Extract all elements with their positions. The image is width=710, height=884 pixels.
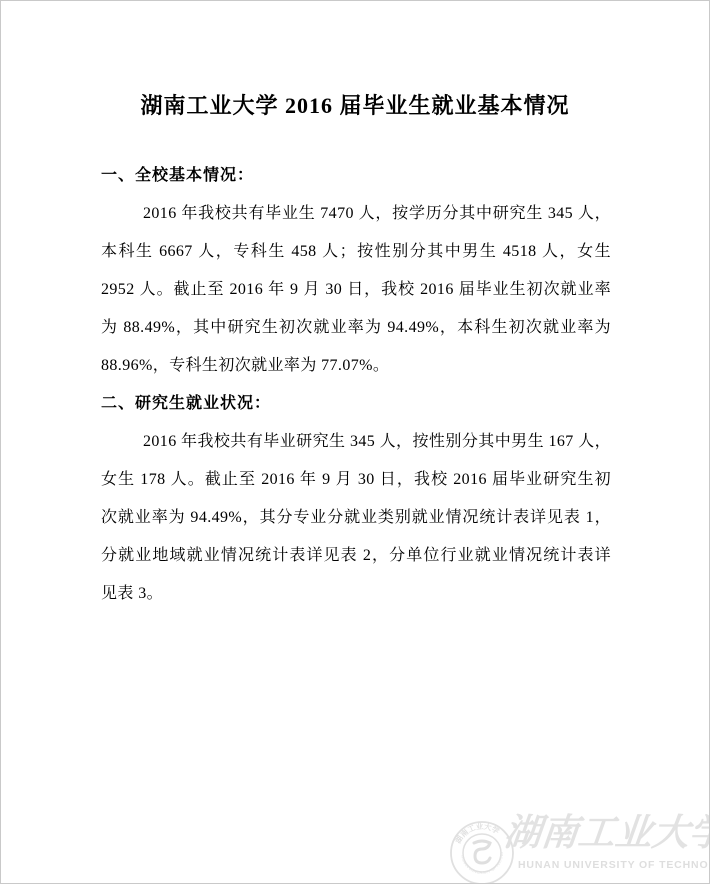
- document-title: 湖南工业大学 2016 届毕业生就业基本情况: [1, 91, 709, 121]
- document-body: 一、全校基本情况： 2016 年我校共有毕业生 7470 人，按学历分其中研究生…: [101, 157, 611, 613]
- paragraph-line: 2016 年我校共有毕业生 7470 人，按学历分其中研究生 345 人，: [101, 195, 611, 233]
- university-name-calligraphy: 湖南工业大学: [501, 809, 710, 859]
- section-1-heading: 一、全校基本情况：: [101, 157, 611, 195]
- section-2-heading: 二、研究生就业状况：: [101, 385, 611, 423]
- document-page: 湖南工业大学 2016 届毕业生就业基本情况 一、全校基本情况： 2016 年我…: [0, 0, 710, 884]
- university-name-english: HUNAN UNIVERSITY OF TECHNOLOGY: [518, 859, 710, 871]
- paragraph-line: 2016 年我校共有毕业研究生 345 人，按性别分其中男生 167 人，: [101, 423, 611, 461]
- paragraph-line: 分就业地域就业情况统计表详见表 2，分单位行业就业情况统计表详: [101, 537, 611, 575]
- paragraph-line: 本科生 6667 人，专科生 458 人；按性别分其中男生 4518 人，女生: [101, 233, 611, 271]
- paragraph-line: 88.96%，专科生初次就业率为 77.07%。: [101, 347, 611, 385]
- paragraph-line: 见表 3。: [101, 575, 611, 613]
- paragraph-line: 次就业率为 94.49%，其分专业分就业类别就业情况统计表详见表 1，: [101, 499, 611, 537]
- paragraph-line: 2952 人。截止至 2016 年 9 月 30 日，我校 2016 届毕业生初…: [101, 271, 611, 309]
- paragraph-line: 女生 178 人。截止至 2016 年 9 月 30 日，我校 2016 届毕业…: [101, 461, 611, 499]
- paragraph-line: 为 88.49%，其中研究生初次就业率为 94.49%，本科生初次就业率为: [101, 309, 611, 347]
